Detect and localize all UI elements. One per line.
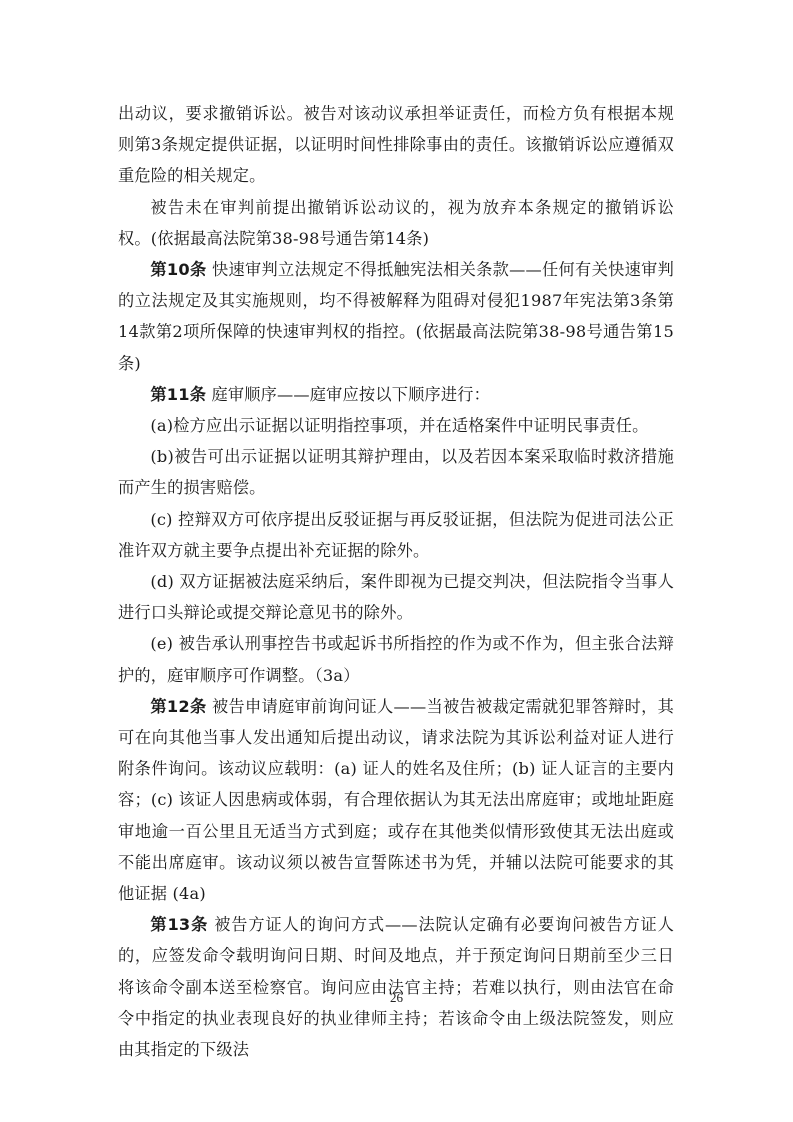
paragraph-text: 庭审顺序——庭审应按以下顺序进行：	[206, 385, 490, 404]
clause-d: (d) 双方证据被法庭采纳后，案件即视为已提交判决，但法院指令当事人进行口头辩论…	[118, 566, 674, 628]
paragraph-text: 被告申请庭审前询问证人——当被告被裁定需就犯罪答辩时，其可在向其他当事人发出通知…	[118, 697, 674, 903]
paragraph-text: (b)被告可出示证据以证明其辩护理由，以及若因本案采取临时救济措施而产生的损害赔…	[118, 447, 674, 497]
article-number: 第12条	[150, 697, 206, 716]
paragraph-text: (e) 被告承认刑事控告书或起诉书所指控的作为或不作为，但主张合法辩护的，庭审顺…	[118, 634, 674, 684]
paragraph-text: (c) 控辩双方可依序提出反驳证据与再反驳证据，但法院为促进司法公正准许双方就主…	[118, 510, 674, 560]
article-13: 第13条 被告方证人的询问方式——法院认定确有必要询问被告方证人的，应签发命令载…	[118, 909, 674, 1065]
clause-c: (c) 控辩双方可依序提出反驳证据与再反驳证据，但法院为促进司法公正准许双方就主…	[118, 504, 674, 566]
paragraph-text: (d) 双方证据被法庭采纳后，案件即视为已提交判决，但法院指令当事人进行口头辩论…	[118, 572, 674, 622]
page-number: 26	[0, 990, 793, 1006]
paragraph-text: 被告未在审判前提出撤销诉讼动议的，视为放弃本条规定的撤销诉讼权。(依据最高法院第…	[118, 198, 674, 248]
article-number: 第10条	[150, 260, 206, 279]
paragraph-text: 被告方证人的询问方式——法院认定确有必要询问被告方证人的，应签发命令载明询问日期…	[118, 915, 674, 1059]
article-number: 第11条	[150, 385, 206, 404]
clause-b: (b)被告可出示证据以证明其辩护理由，以及若因本案采取临时救济措施而产生的损害赔…	[118, 441, 674, 503]
paragraph-text: 出动议，要求撤销诉讼。被告对该动议承担举证责任，而检方负有根据本规则第3条规定提…	[118, 104, 674, 185]
paragraph-1: 出动议，要求撤销诉讼。被告对该动议承担举证责任，而检方负有根据本规则第3条规定提…	[118, 98, 674, 192]
clause-a: (a)检方应出示证据以证明指控事项，并在适格案件中证明民事责任。	[118, 410, 674, 441]
article-12: 第12条 被告申请庭审前询问证人——当被告被裁定需就犯罪答辩时，其可在向其他当事…	[118, 691, 674, 909]
clause-e: (e) 被告承认刑事控告书或起诉书所指控的作为或不作为，但主张合法辩护的，庭审顺…	[118, 628, 674, 690]
article-11: 第11条 庭审顺序——庭审应按以下顺序进行：	[118, 379, 674, 410]
paragraph-text: (a)检方应出示证据以证明指控事项，并在适格案件中证明民事责任。	[150, 416, 648, 435]
document-page-body: 出动议，要求撤销诉讼。被告对该动议承担举证责任，而检方负有根据本规则第3条规定提…	[118, 98, 674, 1065]
article-10: 第10条 快速审判立法规定不得抵触宪法相关条款——任何有关快速审判的立法规定及其…	[118, 254, 674, 379]
article-number: 第13条	[150, 915, 208, 934]
paragraph-2: 被告未在审判前提出撤销诉讼动议的，视为放弃本条规定的撤销诉讼权。(依据最高法院第…	[118, 192, 674, 254]
